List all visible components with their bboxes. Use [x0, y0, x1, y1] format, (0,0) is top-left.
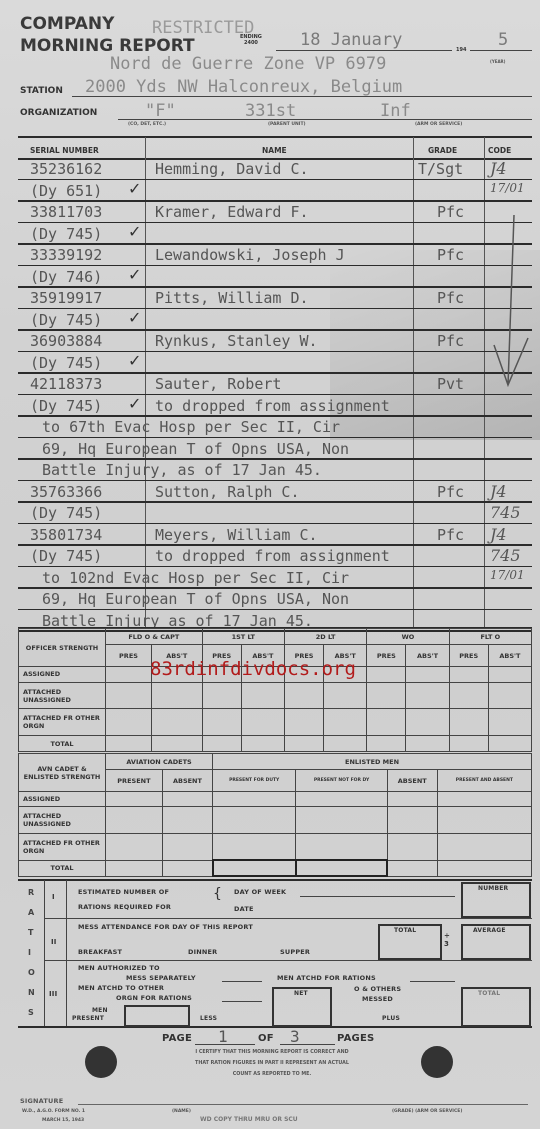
serial-number: 42118373	[30, 375, 102, 393]
check-mark-icon: ✓	[128, 351, 141, 370]
men-atchd-other-label-b: ORGN FOR RATIONS	[116, 994, 192, 1002]
soldier-name: to 102nd Evac Hosp per Sec II, Cir	[42, 569, 349, 587]
binder-hole-left	[85, 1046, 117, 1078]
soldier-name: to 67th Evac Hosp per Sec II, Cir	[42, 418, 340, 436]
grade: Pfc	[437, 203, 464, 221]
code: J4	[490, 159, 507, 178]
breakfast-label: BREAKFAST	[78, 948, 122, 956]
rations-letter: O	[28, 968, 35, 977]
row-rule	[18, 437, 532, 438]
rations-letter: T	[28, 928, 33, 937]
brace-icon: {	[213, 886, 222, 902]
net-box[interactable]: NET	[272, 987, 332, 1027]
year-underline	[470, 50, 532, 51]
org-underline	[118, 119, 532, 120]
men-authorized-label-b: MESS SEPARATELY	[126, 974, 196, 982]
subcol-pres: PRES	[367, 645, 406, 667]
others-messed-label-b: MESSED	[362, 995, 393, 1003]
serial-number: 35919917	[30, 289, 102, 307]
grade: Pfc	[437, 526, 464, 544]
soldier-name: Hemming, David C.	[155, 160, 309, 178]
row-rule	[18, 372, 532, 374]
row-total: TOTAL	[19, 860, 106, 876]
grade: Pfc	[437, 246, 464, 264]
name-caption: (NAME)	[172, 1109, 191, 1114]
org-company: "F"	[145, 101, 176, 121]
grade: T/Sgt	[418, 160, 463, 178]
rations-letter: R	[28, 888, 34, 897]
group-2d-lt: 2D LT	[284, 629, 366, 645]
row-rule	[18, 243, 532, 245]
certify-line-1: I CERTIFY THAT THIS MORNING REPORT IS CO…	[147, 1050, 397, 1055]
enlisted-strength-title: AVN CADET & ENLISTED STRENGTH	[19, 754, 106, 792]
rations-divider-2	[66, 880, 67, 1026]
name-divider	[413, 137, 414, 627]
soldier-name: Rynkus, Stanley W.	[155, 332, 318, 350]
col-absent: ABSENT	[162, 770, 212, 792]
average-box[interactable]: AVERAGE	[461, 924, 531, 960]
mess-attendance-label: MESS ATTENDANCE FOR DAY OF THIS REPORT	[78, 923, 253, 931]
row-rule	[18, 351, 532, 352]
check-mark-icon: ✓	[128, 265, 141, 284]
morning-report-document: COMPANY MORNING REPORT RESTRICTED ENDING…	[0, 0, 540, 1129]
serial-number: (Dy 745)	[30, 504, 102, 522]
row-rule	[18, 200, 532, 202]
row-rule	[18, 222, 532, 223]
serial-number: (Dy 746)	[30, 268, 102, 286]
serial-number: 35801734	[30, 526, 102, 544]
row-rule	[18, 566, 532, 567]
serial-number: 33339192	[30, 246, 102, 264]
row-rule	[18, 394, 532, 395]
enlisted-strength-table: AVN CADET & ENLISTED STRENGTH AVIATION C…	[18, 753, 532, 877]
row-rule	[18, 523, 532, 524]
form-title-line1: COMPANY	[20, 14, 114, 34]
of-label: OF	[258, 1033, 274, 1044]
col-present-not-for-duty: PRESENT NOT FOR DY	[296, 770, 387, 792]
soldier-name: 69, Hq European T of Opns USA, Non	[42, 590, 349, 608]
row-rule	[18, 587, 532, 589]
plus-label: PLUS	[382, 1015, 400, 1022]
soldier-name: Kramer, Edward F.	[155, 203, 309, 221]
group-wo: WO	[367, 629, 449, 645]
row-attached-fr-other: ATTACHED FR OTHER ORGN	[19, 834, 106, 861]
number-box[interactable]: NUMBER	[461, 882, 531, 918]
soldier-name: to dropped from assignment	[155, 547, 390, 565]
men-present-label-b: PRESENT	[72, 1015, 104, 1022]
grade-divider	[484, 137, 485, 627]
net-label: NET	[294, 990, 308, 997]
row-rule	[18, 480, 532, 481]
subcol-pres: PRES	[106, 645, 152, 667]
section-2-num: II	[51, 938, 57, 946]
code: 745	[490, 503, 521, 522]
row-rule	[18, 308, 532, 309]
rations-top-rule	[18, 879, 532, 881]
rations-letter: A	[28, 908, 34, 917]
form-date: MARCH 15, 1943	[42, 1118, 84, 1123]
grade-caption: (GRADE) (ARM OR SERVICE)	[392, 1109, 462, 1114]
organization-label: ORGANIZATION	[20, 108, 97, 118]
soldier-name: Battle Injury, as of 17 Jan 45.	[42, 461, 322, 479]
divide-by-three: ÷ 3	[444, 932, 454, 948]
date-label: DATE	[234, 905, 254, 913]
row-rule	[18, 179, 532, 180]
pages-label: PAGES	[337, 1033, 374, 1044]
col-name: NAME	[262, 146, 287, 155]
men-atchd-other-label-a: MEN ATCHD TO OTHER	[78, 984, 164, 992]
mess-separately-field[interactable]	[222, 981, 262, 982]
serial-number: 33811703	[30, 203, 102, 221]
form-title-line2: MORNING REPORT	[20, 36, 195, 56]
group-fld-o-capt: FLD O & CAPT	[106, 629, 203, 645]
serial-number: (Dy 651)	[30, 182, 102, 200]
col-absent-em: ABSENT	[387, 770, 437, 792]
form-id: W.D., A.G.O. FORM NO. 1	[22, 1109, 85, 1114]
station-label: STATION	[20, 86, 63, 96]
year-prefix: 194	[456, 47, 466, 53]
section-1-num: I	[52, 893, 55, 901]
men-authorized-label-a: MEN AUTHORIZED TO	[78, 964, 160, 972]
average-label: AVERAGE	[473, 927, 506, 934]
group-1st-lt: 1ST LT	[202, 629, 284, 645]
rations-rule-2	[44, 960, 532, 961]
serial-number: 35236162	[30, 160, 102, 178]
code: 745	[490, 546, 521, 565]
header-rule	[18, 136, 532, 138]
serial-number: (Dy 745)	[30, 547, 102, 565]
row-attached-unassigned: ATTACHED UNASSIGNED	[19, 807, 106, 834]
serial-number: (Dy 745)	[30, 311, 102, 329]
men-present-label-a: MEN	[92, 1007, 108, 1014]
station-underline	[72, 96, 532, 97]
rations-letter: N	[28, 988, 35, 997]
caption-company: (CO, DET, ETC.)	[128, 122, 166, 127]
mess-total-box[interactable]: TOTAL	[378, 924, 442, 960]
officer-strength-table: OFFICER STRENGTH FLD O & CAPT 1ST LT 2D …	[18, 628, 532, 752]
page-label: PAGE	[162, 1033, 192, 1044]
men-present-box[interactable]	[124, 1005, 190, 1027]
date-underline	[276, 50, 452, 51]
day-of-week-field[interactable]	[300, 896, 455, 897]
men-atchd-rations-label: MEN ATCHD FOR RATIONS	[277, 974, 376, 982]
group-flt-o: FLT O	[449, 629, 531, 645]
code: J4	[490, 482, 507, 501]
row-rule	[18, 609, 532, 610]
col-grade: GRADE	[428, 146, 457, 155]
station-value: 2000 Yds NW Halconreux, Belgium	[85, 77, 402, 97]
estimated-rations-label-a: ESTIMATED NUMBER OF	[78, 888, 169, 896]
org-arm: Inf	[380, 101, 411, 121]
grade: Pvt	[437, 375, 464, 393]
check-mark-icon: ✓	[128, 222, 141, 241]
group-aviation-cadets: AVIATION CADETS	[106, 754, 213, 770]
row-rule	[18, 544, 532, 546]
report-year: 5	[498, 30, 508, 50]
soldier-name: Sutton, Ralph C.	[155, 483, 300, 501]
soldier-name: to dropped from assignment	[155, 397, 390, 415]
row-rule	[18, 265, 532, 266]
signature-line[interactable]	[78, 1104, 528, 1105]
serial-number: (Dy 745)	[30, 354, 102, 372]
rations-rule-1	[44, 918, 532, 919]
row-assigned: ASSIGNED	[19, 792, 106, 807]
serial-divider	[145, 137, 146, 627]
code: J4	[490, 525, 507, 544]
check-mark-icon: ✓	[128, 179, 141, 198]
row-attached-fr-other: ATTACHED FR OTHER ORGN	[19, 709, 106, 736]
rations-letter: I	[28, 948, 31, 957]
less-label: LESS	[200, 1015, 217, 1022]
row-total: TOTAL	[19, 736, 106, 752]
soldier-name: 69, Hq European T of Opns USA, Non	[42, 440, 349, 458]
binder-hole-right	[421, 1046, 453, 1078]
number-label: NUMBER	[478, 885, 508, 892]
soldier-name: Lewandowski, Joseph J	[155, 246, 345, 264]
col-code: CODE	[488, 146, 511, 155]
copy-note: WD COPY THRU MRU OR SCU	[200, 1116, 298, 1123]
signature-label: SIGNATURE	[20, 1097, 63, 1105]
col-serial-number: SERIAL NUMBER	[30, 146, 99, 155]
page-total-underline	[280, 1044, 335, 1045]
org-parent-unit: 331st	[245, 101, 296, 121]
rations-total-label: TOTAL	[478, 990, 500, 997]
row-rule	[18, 286, 532, 288]
serial-number: (Dy 745)	[30, 225, 102, 243]
orgn-for-rations-field[interactable]	[222, 1001, 262, 1002]
code: 17/01	[490, 568, 525, 582]
serial-number: 35763366	[30, 483, 102, 501]
pencil-arrow-icon	[490, 210, 540, 390]
subcol-abst: ABS'T	[406, 645, 449, 667]
grade: Pfc	[437, 332, 464, 350]
men-atchd-rations-field[interactable]	[410, 981, 455, 982]
soldier-name: Pitts, William D.	[155, 289, 309, 307]
supper-label: SUPPER	[280, 948, 310, 956]
report-date: 18 January	[300, 30, 402, 50]
rations-divider-1	[44, 880, 45, 1026]
others-messed-label-a: O & OTHERS	[354, 985, 401, 993]
certify-line-3: COUNT AS REPORTED TO ME.	[147, 1072, 397, 1077]
section-3-num: III	[49, 990, 57, 998]
grade: Pfc	[437, 289, 464, 307]
ending-label: ENDING 2400	[240, 34, 262, 46]
row-rule	[18, 501, 532, 503]
location-line: Nord de Guerre Zone VP 6979	[110, 54, 386, 74]
page-number-underline	[195, 1044, 255, 1045]
group-enlisted-men: ENLISTED MEN	[213, 754, 532, 770]
row-assigned: ASSIGNED	[19, 667, 106, 683]
certify-line-2: THAT RATION FIGURES IN PART II REPRESENT…	[140, 1061, 404, 1066]
mess-total-label: TOTAL	[394, 927, 416, 934]
col-present-and-absent: PRESENT AND ABSENT	[437, 770, 531, 792]
year-caption: (YEAR)	[490, 59, 505, 64]
row-rule	[18, 458, 532, 460]
grade: Pfc	[437, 483, 464, 501]
caption-parent: (PARENT UNIT)	[268, 122, 306, 127]
subcol-abst: ABS'T	[488, 645, 531, 667]
day-of-week-label: DAY OF WEEK	[234, 888, 286, 896]
dinner-label: DINNER	[188, 948, 217, 956]
ending-time: 2400	[240, 40, 262, 46]
code: 17/01	[490, 181, 525, 195]
officer-strength-title: OFFICER STRENGTH	[19, 629, 106, 667]
col-present-for-duty: PRESENT FOR DUTY	[213, 770, 296, 792]
restricted-stamp: RESTRICTED	[152, 18, 254, 38]
soldier-name: Sauter, Robert	[155, 375, 281, 393]
check-mark-icon: ✓	[128, 308, 141, 327]
subcol-pres: PRES	[449, 645, 488, 667]
col-present: PRESENT	[106, 770, 163, 792]
rations-letter: S	[28, 1008, 34, 1017]
estimated-rations-label-b: RATIONS REQUIRED FOR	[78, 903, 171, 911]
check-mark-icon: ✓	[128, 394, 141, 413]
serial-number: (Dy 745)	[30, 397, 102, 415]
soldier-name: Meyers, William C.	[155, 526, 318, 544]
rations-total-box[interactable]: TOTAL	[461, 987, 531, 1027]
serial-number: 36903884	[30, 332, 102, 350]
caption-arm: (ARM OR SERVICE)	[415, 122, 462, 127]
row-attached-unassigned: ATTACHED UNASSIGNED	[19, 682, 106, 709]
row-rule	[18, 329, 532, 331]
row-rule	[18, 415, 532, 417]
watermark: 83rdinfdivdocs.org	[150, 658, 356, 680]
